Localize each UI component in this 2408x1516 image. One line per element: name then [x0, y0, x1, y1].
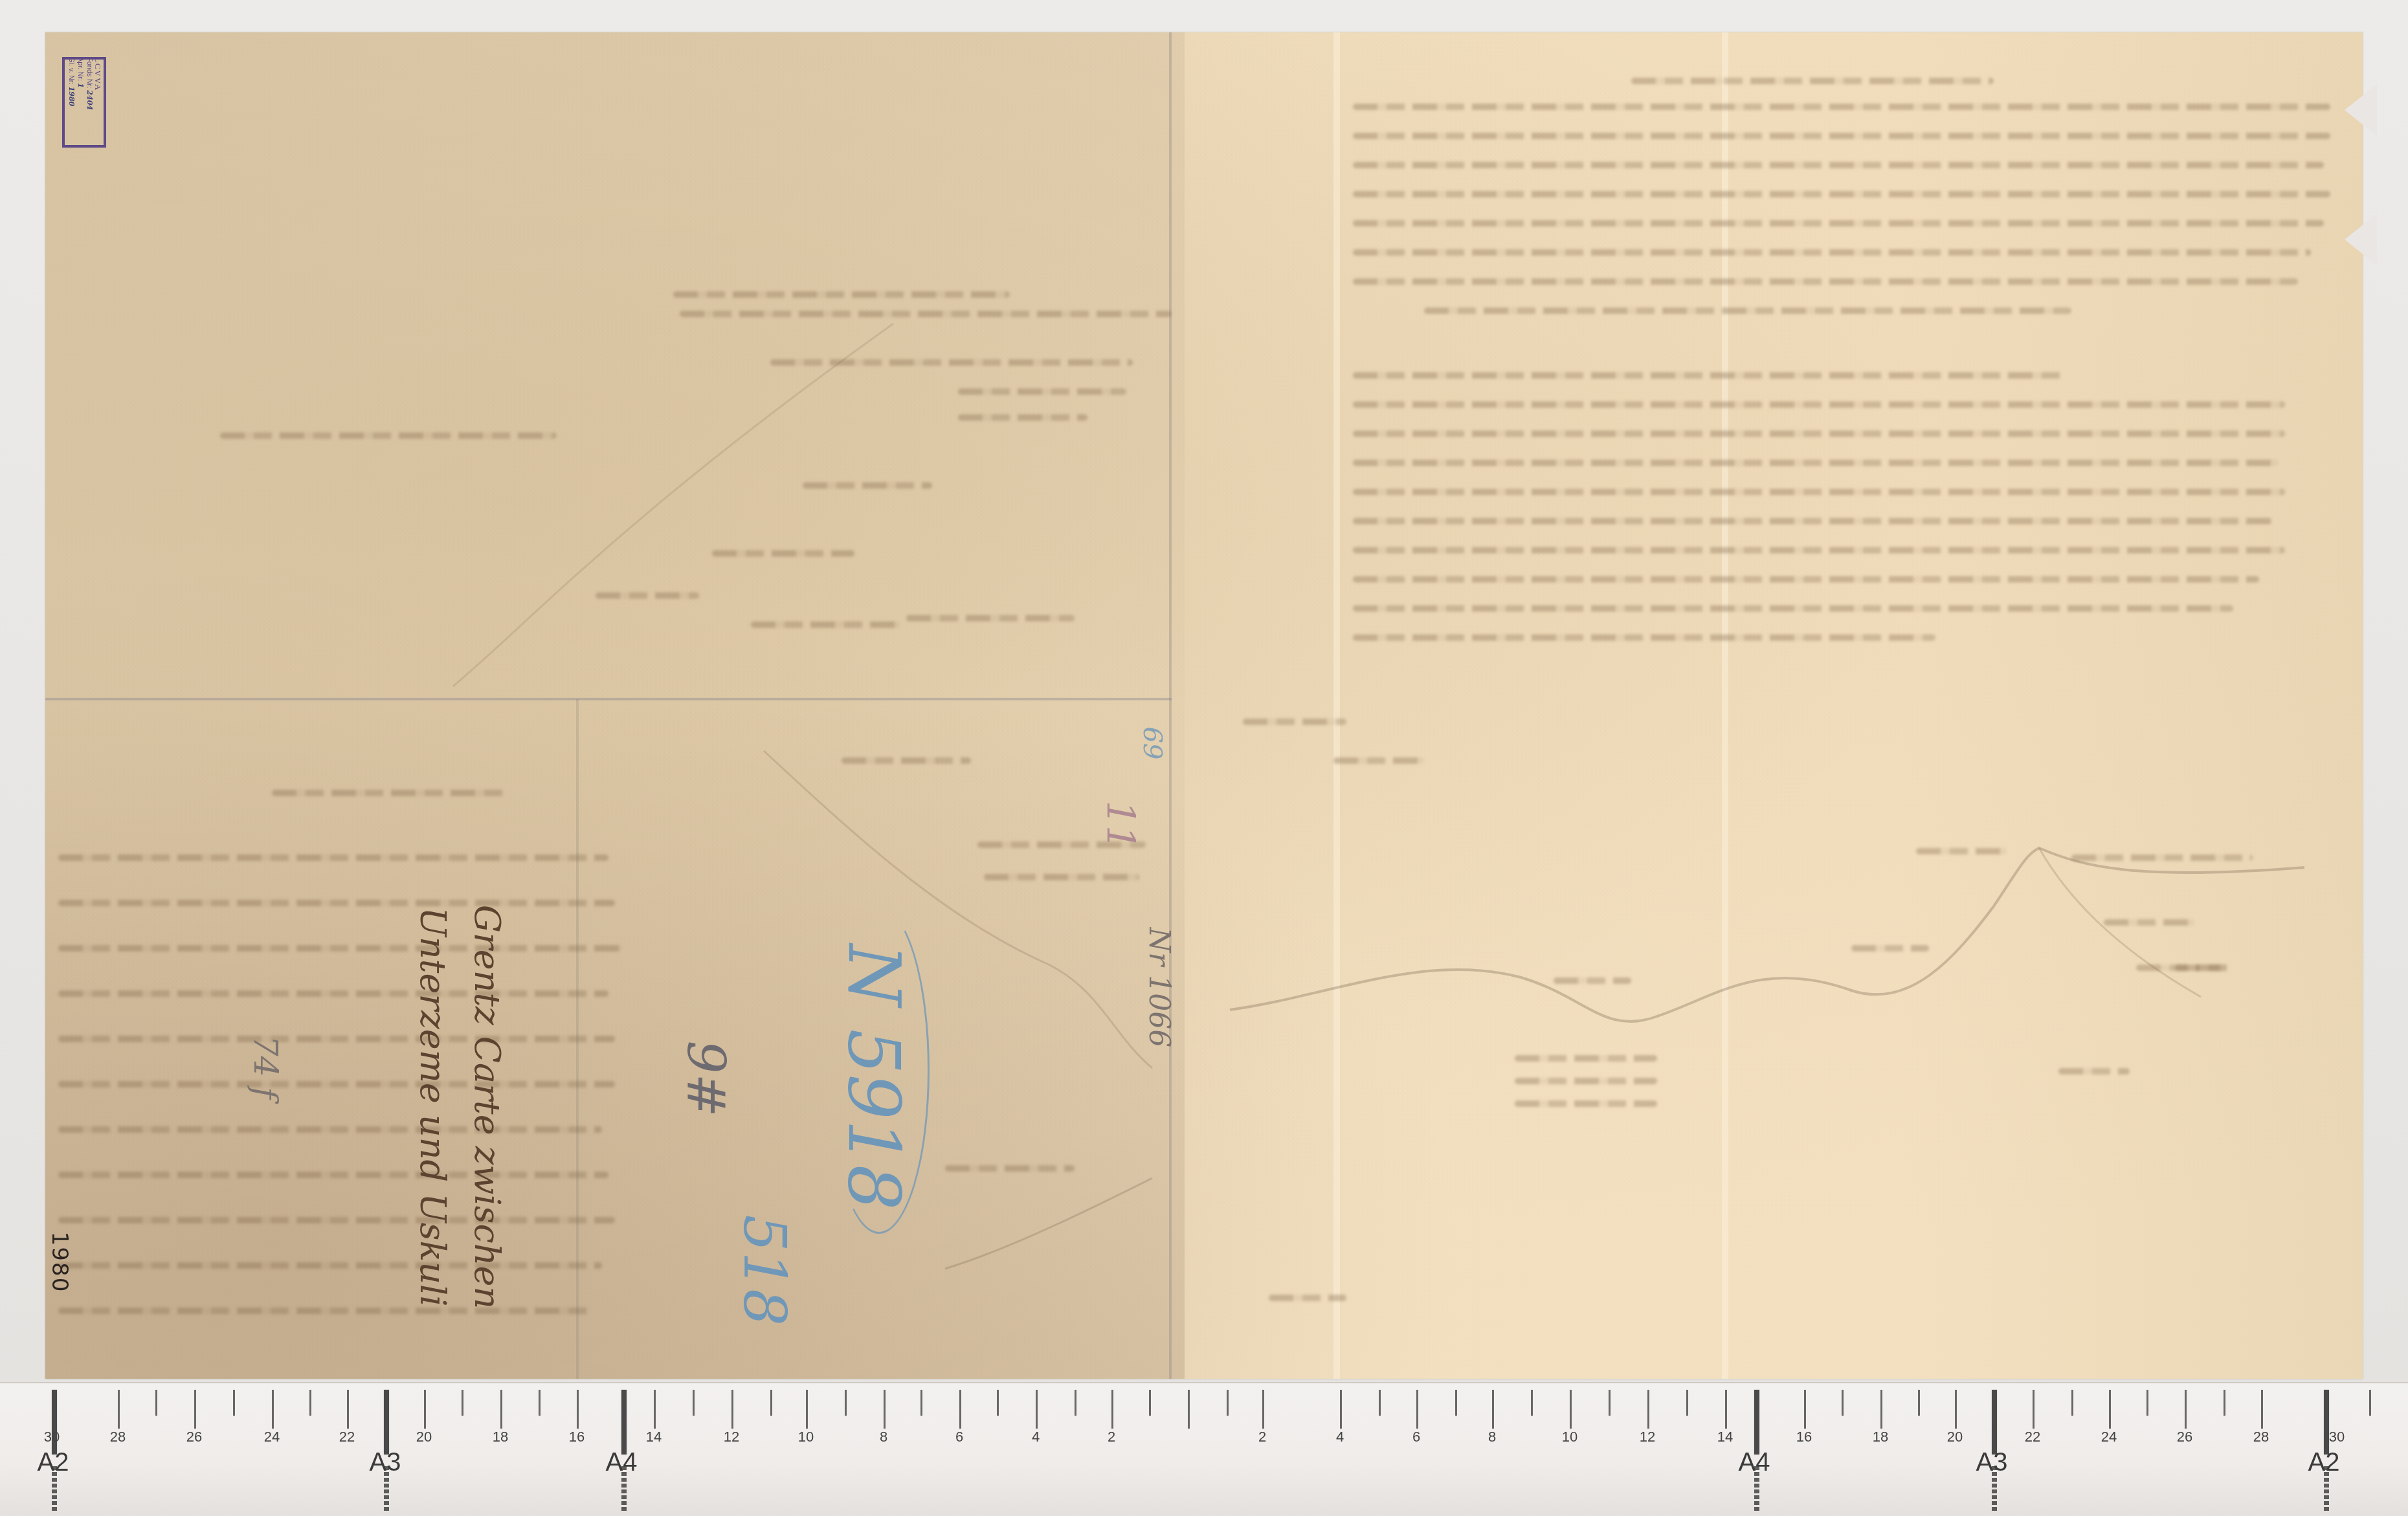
ruler-label: 2 — [1258, 1429, 1266, 1445]
paper-size-mark: A2 — [2308, 1448, 2340, 1477]
ruler-label: 18 — [1873, 1429, 1888, 1445]
ruler-label: 20 — [416, 1429, 432, 1445]
ruler-label: 6 — [1412, 1429, 1420, 1445]
red-pencil-mark: 11 — [1097, 799, 1143, 851]
ruler-label: 26 — [186, 1429, 202, 1445]
pencil-mark-left: 74 f — [247, 1016, 284, 1119]
pencil-number-fold: Nr 1066 — [1143, 923, 1176, 1053]
ruler-label: 8 — [1488, 1429, 1496, 1445]
stamp-fonds-value: 2404 — [85, 90, 94, 110]
ruler-label: 24 — [2101, 1429, 2117, 1445]
ruler-label: 24 — [264, 1429, 280, 1445]
ruler-label: 12 — [724, 1429, 739, 1445]
blue-small-number: 518 — [730, 1199, 798, 1342]
paper-size-mark: A3 — [1976, 1448, 2008, 1477]
ruler-label: 14 — [1717, 1429, 1733, 1445]
handwritten-title-line-2: Unterzeme und Uskuli — [405, 861, 460, 1353]
measurement-ruler: 30 28 26 24 22 20 18 16 14 12 10 8 6 4 2… — [0, 1382, 2408, 1516]
ruler-label: 4 — [1032, 1429, 1040, 1445]
ruler-label: 10 — [1562, 1429, 1577, 1445]
stamp-apr-label: Apr. Nr: — [76, 57, 84, 81]
ruler-label: 4 — [1336, 1429, 1344, 1445]
ruler-label: 10 — [798, 1429, 814, 1445]
ruler-label: 28 — [110, 1429, 126, 1445]
ruler-label: 16 — [1796, 1429, 1812, 1445]
ruler-label: 18 — [493, 1429, 508, 1445]
ruler-label: 6 — [955, 1429, 963, 1445]
ruler-label: 22 — [2025, 1429, 2040, 1445]
handwritten-title: Grentz Carte zwischen Unterzeme und Usku… — [350, 861, 570, 1353]
ruler-label: 8 — [880, 1429, 887, 1445]
paper-size-mark: A4 — [1739, 1448, 1770, 1477]
stamp-glv-label: Gl. v. Nr: — [67, 57, 75, 85]
archive-number-label: 1980 — [47, 1230, 72, 1295]
paper-size-mark: A4 — [606, 1448, 638, 1477]
stamp-glv-value: 1980 — [67, 87, 76, 107]
paper-size-mark: A3 — [370, 1448, 401, 1477]
ruler-label: 28 — [2253, 1429, 2269, 1445]
stamp-fonds-label: Fonds Nr: — [85, 57, 93, 88]
ruler-label: 20 — [1947, 1429, 1963, 1445]
ruler-label: 26 — [2177, 1429, 2192, 1445]
handwritten-title-line-1: Grentz Carte zwischen — [460, 861, 514, 1353]
ruler-label: 2 — [1108, 1429, 1115, 1445]
paper-size-mark: A2 — [38, 1448, 69, 1477]
stamp-title: LCVVA — [94, 57, 102, 148]
ruler-label: 14 — [646, 1429, 662, 1445]
stamp-apr-value: 1 — [76, 83, 85, 88]
archive-number: 1980 — [47, 1232, 72, 1293]
ruler-label: 22 — [339, 1429, 355, 1445]
blue-pencil-fold-number: 69 — [1137, 717, 1167, 769]
ruler-label: 30 — [2329, 1429, 2345, 1445]
blue-catalog-number: N 5918 — [832, 941, 915, 1213]
pencil-mark-center: 9# — [676, 1014, 736, 1144]
ruler-label: 16 — [569, 1429, 585, 1445]
ruler-label: 30 — [44, 1429, 60, 1445]
archive-stamp: LCVVA Fonds Nr: 2404 Apr. Nr: 1 Gl. v. N… — [62, 57, 106, 148]
ruler-label: 12 — [1640, 1429, 1655, 1445]
